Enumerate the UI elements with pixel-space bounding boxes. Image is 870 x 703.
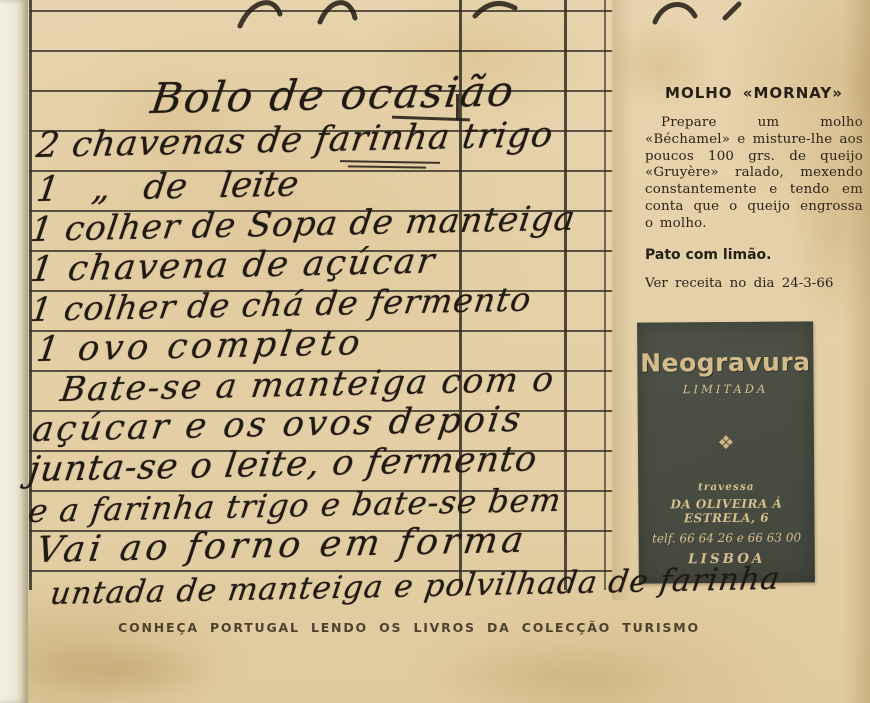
column-rule	[604, 0, 606, 590]
advert-address-block: travessa DA OLIVEIRA Á ESTRELA, 6 telf. …	[638, 480, 815, 567]
ink-flourish	[456, 94, 459, 120]
printed-column: MOLHO «MORNAY» Prepare um molho «Béchame…	[645, 84, 863, 291]
diamond-ornament-icon: ❖	[638, 431, 814, 454]
advert-street: DA OLIVEIRA Á ESTRELA, 6	[638, 496, 814, 525]
pato-heading: Pato com limão.	[645, 247, 863, 263]
handwriting-line: 1 „ de leite	[34, 165, 301, 210]
handwriting-line: 1 ovo completo	[34, 323, 366, 370]
advert-box: Neogravura LIMITADA ❖ travessa DA OLIVEI…	[637, 321, 815, 583]
advert-address-label: travessa	[638, 480, 814, 493]
paper-stain	[20, 640, 220, 700]
advert-brand: Neogravura	[637, 347, 813, 377]
column-rule	[564, 0, 567, 590]
page-left-edge	[0, 0, 28, 703]
advert-phones: telf. 66 64 26 e 66 63 00	[639, 530, 815, 545]
page-right-edge	[844, 0, 870, 703]
handwriting-remnant	[225, 0, 745, 30]
notebook-page: Bolo de ocasião 2 chavenas de farinha tr…	[0, 0, 870, 703]
paper-stain	[430, 640, 690, 703]
mornay-body: Prepare um molho «Béchamel» e misture-lh…	[645, 115, 863, 233]
footer-caption: CONHEÇA PORTUGAL LENDO OS LIVROS DA COLE…	[0, 620, 818, 635]
handwriting-line: Bolo de ocasião	[148, 66, 518, 123]
mornay-title: MOLHO «MORNAY»	[645, 84, 863, 102]
recipe-reference: Ver receita no dia 24-3-66	[645, 276, 863, 291]
advert-subtitle: LIMITADA	[638, 381, 814, 396]
